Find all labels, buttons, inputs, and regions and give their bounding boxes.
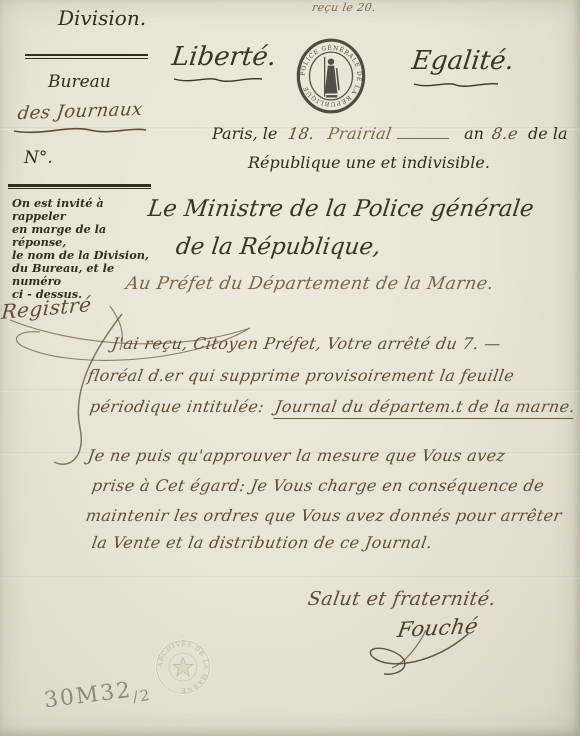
- division-rule: [25, 54, 148, 56]
- dateline-place: Paris, le: [212, 124, 277, 143]
- bureau-value: des Journaux: [16, 99, 143, 124]
- dateline-line2: République une et indivisible.: [248, 153, 490, 172]
- liberte-label: Liberté.: [170, 42, 278, 72]
- archive-emboss-stamp: ARCHIVES DE LA MARNE: [148, 632, 218, 702]
- bureau-underline-flourish: [10, 122, 150, 138]
- liberte-underline-flourish: [172, 74, 264, 86]
- margin-note-line: en marge de la réponse,: [12, 223, 152, 249]
- recipient-line: Au Préfet du Département de la Marne.: [124, 274, 495, 294]
- division-rule-thin: [25, 58, 148, 59]
- egalite-label: Egalité.: [410, 46, 516, 76]
- star-icon: [173, 657, 192, 675]
- archive-number-main: 30M32: [43, 678, 134, 714]
- bureau-label: Bureau: [48, 72, 111, 92]
- body-line: la Vente et la distribution de ce Journa…: [90, 533, 433, 552]
- body-line-text: périodique intitulée:: [88, 397, 265, 416]
- archive-number: 30M32/2: [43, 676, 153, 717]
- journal-title-underlined: Journal du départem.t de la marne.: [273, 397, 576, 419]
- received-note: reçu le 20.: [311, 1, 377, 14]
- dateline-blank: [397, 126, 449, 139]
- margin-rule-thin: [8, 188, 151, 189]
- dateline-month: Prairial: [327, 124, 394, 143]
- egalite-underline-flourish: [412, 79, 500, 91]
- dateline: Paris, le 18. Prairial an 8.e de la: [212, 124, 567, 143]
- dateline-year: 8.e: [490, 124, 519, 143]
- body-line: floréal d.er qui supprime provisoirement…: [86, 366, 515, 385]
- body-line: Je ne puis qu'approuver la mesure que Vo…: [86, 446, 506, 465]
- division-label: Division.: [58, 6, 146, 30]
- body-line: prise à Cet égard: Je Vous charge en con…: [90, 476, 545, 495]
- body-line: périodique intitulée: Journal du départe…: [90, 397, 575, 419]
- archive-number-suffix: /2: [132, 686, 153, 706]
- body-line: maintenir les ordres que Vous avez donné…: [84, 506, 563, 525]
- body-line: J'ai reçu, Citoyen Préfet, Votre arrêté …: [110, 334, 502, 353]
- signature-name: Fouché: [396, 614, 480, 642]
- margin-rule: [8, 184, 151, 187]
- dateline-day: 18.: [287, 124, 317, 143]
- salutation: Salut et fraternité.: [306, 588, 497, 610]
- paper-crease: [0, 389, 580, 392]
- liberty-figure-icon: [325, 57, 339, 98]
- letter-page: reçu le 20. Division. Bureau des Journau…: [0, 0, 580, 736]
- police-generale-seal: POLICE GÉNÉRALE DE LA RÉPUBLIQUE: [291, 33, 371, 119]
- dateline-suffix: de la: [528, 124, 567, 143]
- sender-line1: Le Ministre de la Police générale: [146, 196, 535, 222]
- numero-label: N°.: [24, 148, 53, 168]
- dateline-an: an: [464, 124, 484, 143]
- sender-line2: de la République,: [174, 234, 382, 260]
- paper-crease: [0, 576, 580, 579]
- margin-note-line: On est invité à rappeler: [12, 197, 152, 223]
